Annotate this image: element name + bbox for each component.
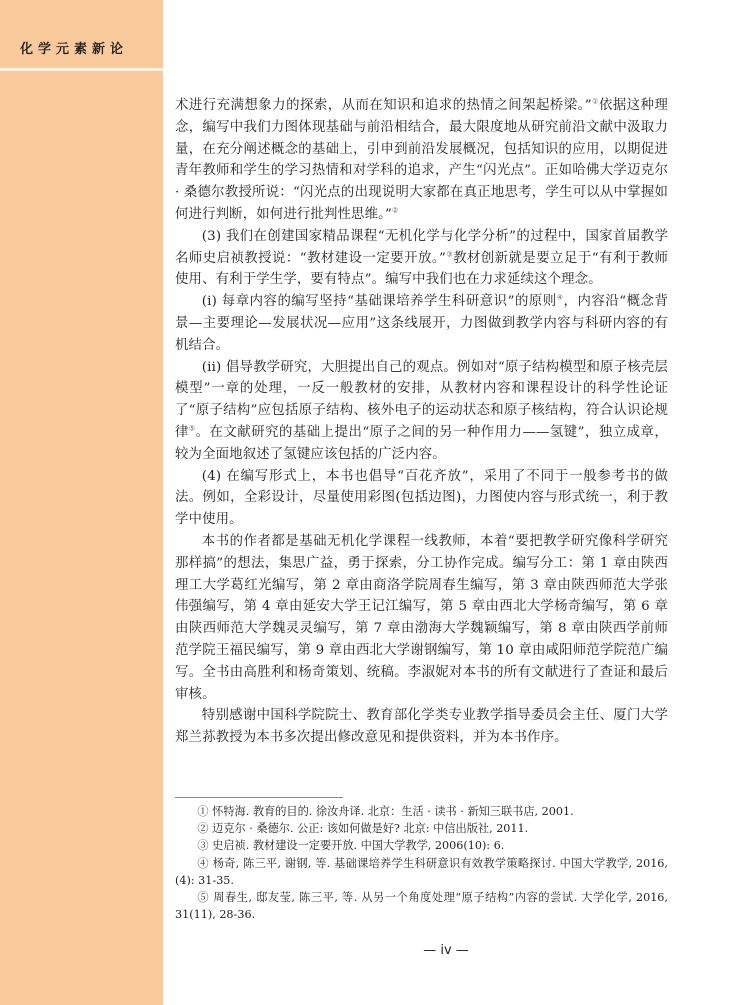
footnote-mark: ① <box>197 805 208 818</box>
footnote-mark: ③ <box>197 839 208 852</box>
footnote-text: 周春生, 邸友莹, 陈三平, 等. 从另一个角度处理“原子结构”内容的尝试. 大… <box>175 891 668 921</box>
footnote-reference[interactable]: ② <box>392 207 398 215</box>
paragraph-text: 术进行充满想象力的探索，从而在知识和追求的热情之间架起桥梁。” <box>175 98 592 113</box>
paragraph-7: 特别感谢中国科学院院士、教育部化学类专业教学指导委员会主任、厦门大学郑兰荪教授为… <box>175 705 668 749</box>
paragraph-4: (ii) 倡导教学研究，大胆提出自己的观点。例如对“原子结构模型和原子核壳层模型… <box>175 357 668 466</box>
footnote-mark: ④ <box>197 857 208 870</box>
footnote-mark: ② <box>197 822 208 835</box>
footnote-text: 史启祯. 教材建设一定要开放. 中国大学教学, 2006(10): 6. <box>212 839 504 852</box>
running-head: 化学元素新论 <box>20 38 128 57</box>
paragraph-text: (i) 每章内容的编写坚持“基础课培养学生科研意识”的原则 <box>202 294 557 309</box>
footnotes: ① 怀特海. 教育的目的. 徐汝舟译. 北京：生活 · 读书 · 新知三联书店,… <box>175 803 668 923</box>
paragraph-text: 特别感谢中国科学院院士、教育部化学类专业教学指导委员会主任、厦门大学郑兰荪教授为… <box>175 708 668 745</box>
page-number: — iv — <box>0 943 729 958</box>
footnote-separator <box>175 797 343 798</box>
footnote-1: ① 怀特海. 教育的目的. 徐汝舟译. 北京：生活 · 读书 · 新知三联书店,… <box>175 803 668 820</box>
paragraph-6: 本书的作者都是基础无机化学课程一线教师，本着“要把教学研究像科学研究那样搞”的想… <box>175 531 668 705</box>
footnote-text: 迈克尔 · 桑德尔. 公正: 该如何做是好? 北京: 中信出版社, 2011. <box>212 822 528 835</box>
paragraph-2: (3) 我们在创建国家精品课程“无机化学与化学分析”的过程中，国家首届教学名师史… <box>175 226 668 291</box>
footnote-reference[interactable]: ④ <box>557 294 564 302</box>
footnote-2: ② 迈克尔 · 桑德尔. 公正: 该如何做是好? 北京: 中信出版社, 2011… <box>175 820 668 837</box>
paragraph-3: (i) 每章内容的编写坚持“基础课培养学生科研意识”的原则④，内容沿“概念背景—… <box>175 291 668 356</box>
footnote-text: 杨奇, 陈三平, 谢钢, 等. 基础课培养学生科研意识有效教学策略探讨. 中国大… <box>175 857 668 887</box>
sidebar-margin: 化学元素新论 <box>0 0 163 1005</box>
footnote-3: ③ 史启祯. 教材建设一定要开放. 中国大学教学, 2006(10): 6. <box>175 837 668 854</box>
footnote-5: ⑤ 周春生, 邸友莹, 陈三平, 等. 从另一个角度处理“原子结构”内容的尝试.… <box>175 889 668 923</box>
paragraph-text: 本书的作者都是基础无机化学课程一线教师，本着“要把教学研究像科学研究那样搞”的想… <box>175 534 668 702</box>
footnote-mark: ⑤ <box>197 891 209 904</box>
paragraph-text: (4) 在编写形式上，本书也倡导“百花齐放”，采用了不同于一般参考书的做法。例如… <box>175 469 668 528</box>
sidebar-divider <box>0 68 163 71</box>
footnote-reference[interactable]: ⑤ <box>189 424 196 432</box>
paragraph-text: 依据这种理念，编写中我们力图体现基础与前沿相结合，最大限度地从研究前沿文献中汲取… <box>175 98 668 222</box>
footnote-text: 怀特海. 教育的目的. 徐汝舟译. 北京：生活 · 读书 · 新知三联书店, 2… <box>212 805 574 818</box>
paragraph-5: (4) 在编写形式上，本书也倡导“百花齐放”，采用了不同于一般参考书的做法。例如… <box>175 466 668 531</box>
paragraph-1: 术进行充满想象力的探索，从而在知识和追求的热情之间架起桥梁。”①依据这种理念，编… <box>175 95 668 226</box>
body-text: 术进行充满想象力的探索，从而在知识和追求的热情之间架起桥梁。”①依据这种理念，编… <box>175 95 668 749</box>
footnote-reference[interactable]: ① <box>592 98 599 106</box>
paragraph-text: 。在文献研究的基础上提出“原子之间的另一种作用力——氢键”，独立成章，较为全面地… <box>175 425 668 462</box>
footnote-4: ④ 杨奇, 陈三平, 谢钢, 等. 基础课培养学生科研意识有效教学策略探讨. 中… <box>175 855 668 889</box>
